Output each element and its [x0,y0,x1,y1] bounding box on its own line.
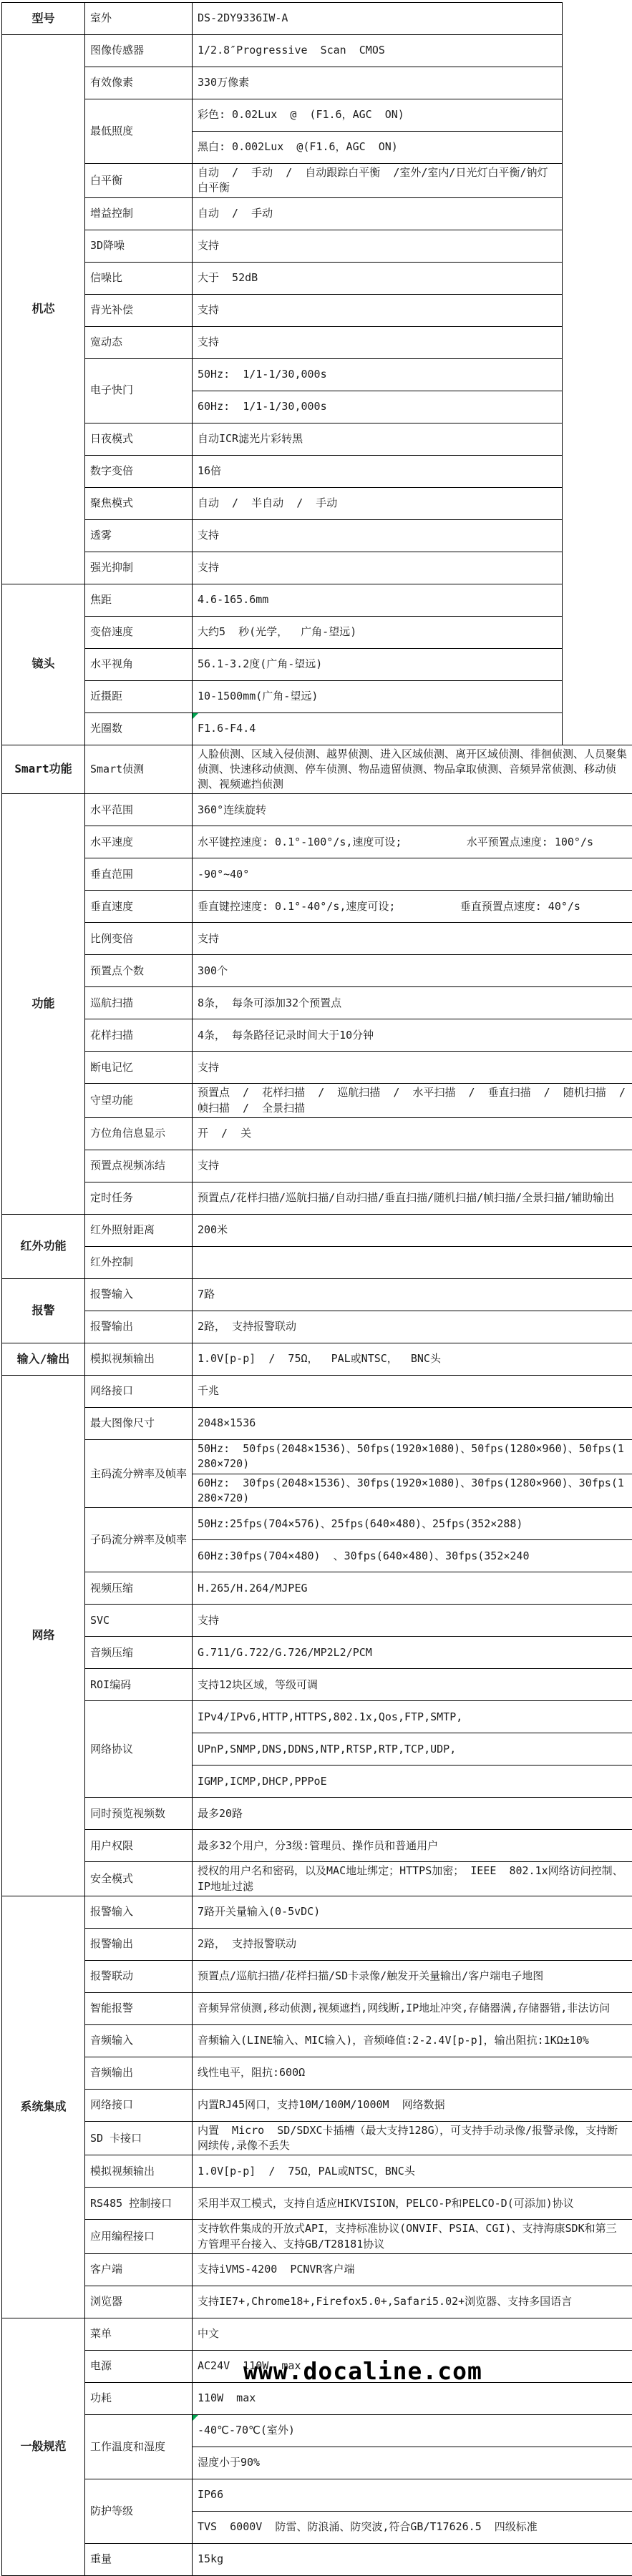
spec-value-cell: 预置点 / 花样扫描 / 巡航扫描 / 水平扫描 / 垂直扫描 / 随机扫描 /… [193,1084,632,1118]
spec-name-cell: SD 卡接口 [85,2121,193,2155]
spec-row: 视频压缩H.265/H.264/MJPEG [2,1572,632,1605]
spec-name-cell: 主码流分辨率及帧率 [85,1440,193,1508]
outside-table-spacer [563,423,632,455]
spec-row: 近摄距10-1500mm(广角-望远) [2,680,632,712]
spec-value-cell: 线性电平，阻抗:600Ω [193,2057,632,2089]
spec-name-cell: 菜单 [85,2318,193,2351]
spec-value-cell: 2路， 支持报警联动 [193,1311,632,1343]
watermark-text: www.docaline.com [243,2357,482,2385]
spec-name-cell: 报警输出 [85,1928,193,1960]
spec-name-cell: 方位角信息显示 [85,1118,193,1150]
spec-name-cell: 功耗 [85,2383,193,2415]
spec-row: 透雾支持 [2,519,632,552]
spec-name-cell: 报警输入 [85,1279,193,1311]
spec-name-cell: 守望功能 [85,1084,193,1118]
spec-value-cell: 2048×1536 [193,1408,632,1440]
spec-name-cell: 图像传感器 [85,35,193,67]
outside-table-spacer [563,487,632,519]
spec-name-cell: 音频压缩 [85,1637,193,1669]
spec-name-cell: 网络接口 [85,2089,193,2121]
spec-value-cell: 自动 / 半自动 / 手动 [193,487,563,519]
spec-row: 同时预览视频数最多20路 [2,1798,632,1830]
spec-value-cell: 4条， 每条路径记录时间大于10分钟 [193,1019,632,1052]
spec-name-cell: 室外 [85,3,193,35]
spec-name-cell: 垂直范围 [85,858,193,891]
category-cell: 一般规范 [2,2318,85,2576]
spec-row: 红外控制 [2,1247,632,1279]
spec-row: 浏览器支持IE7+,Chrome18+,Firefox5.0+,Safari5.… [2,2286,632,2318]
spec-row: 音频输出线性电平，阻抗:600Ω [2,2057,632,2089]
spec-value-cell: 110W max [193,2383,632,2415]
spec-name-cell: 变倍速度 [85,616,193,648]
spec-name-cell: 数字变倍 [85,455,193,487]
spec-value-cell: 7路 [193,1279,632,1311]
spec-name-cell: 信噪比 [85,262,193,294]
outside-table-spacer [563,197,632,230]
spec-row: 智能报警音频异常侦测,移动侦测,视频遮挡,网线断,IP地址冲突,存储器满,存储器… [2,1992,632,2024]
spec-row: 水平速度水平键控速度: 0.1°-100°/s,速度可设; 水平预置点速度: 1… [2,826,632,858]
spec-name-cell: 重量 [85,2544,193,2576]
spec-name-cell: 报警联动 [85,1960,193,1992]
spec-name-cell: 最低照度 [85,99,193,164]
category-cell: 网络 [2,1376,85,1896]
spec-name-cell: 智能报警 [85,1992,193,2024]
spec-row: 输入/输出模拟视频输出1.0V[p-p] / 75Ω， PAL或NTSC， BN… [2,1343,632,1376]
spec-value-cell: 支持12块区域，等级可调 [193,1669,632,1701]
spec-value-cell: 330万像素 [193,67,563,99]
spec-row: 巡航扫描8条， 每条可添加32个预置点 [2,987,632,1019]
outside-table-spacer [563,584,632,616]
spec-row: 电子快门50Hz: 1/1-1/30,000s [2,358,632,391]
spec-name-cell: 垂直速度 [85,891,193,923]
spec-name-cell: 有效像素 [85,67,193,99]
spec-value-cell: 最多20路 [193,1798,632,1830]
spec-value-cell: 大于 52dB [193,262,563,294]
spec-row: SD 卡接口内置 Micro SD/SDXC卡插槽（最大支持128G），可支持手… [2,2121,632,2155]
spec-value-cell: 预置点/花样扫描/巡航扫描/自动扫描/垂直扫描/随机扫描/帧扫描/全景扫描/辅助… [193,1182,632,1215]
spec-value-cell: 支持 [193,294,563,326]
outside-table-spacer [563,294,632,326]
spec-row: 水平视角56.1-3.2度(广角-望远) [2,648,632,680]
spec-value-cell: 360°连续旋转 [193,794,632,826]
spec-row: 日夜模式自动ICR滤光片彩转黑 [2,423,632,455]
category-cell: 报警 [2,1279,85,1343]
spec-value-cell: 8条， 每条可添加32个预置点 [193,987,632,1019]
spec-row: 数字变倍16倍 [2,455,632,487]
spec-name-cell: 强光抑制 [85,552,193,584]
spec-name-cell: ROI编码 [85,1669,193,1701]
spec-value-cell: 4.6-165.6mm [193,584,563,616]
spec-name-cell: 应用编程接口 [85,2220,193,2254]
spec-row: 信噪比大于 52dB [2,262,632,294]
spec-row: 模拟视频输出1.0V[p-p] / 75Ω，PAL或NTSC，BNC头 [2,2155,632,2188]
spec-value-cell: 支持 [193,1605,632,1637]
spec-value-cell: 人脸侦测、区域入侵侦测、越界侦测、进入区域侦测、离开区域侦测、徘徊侦测、人员聚集… [193,745,632,794]
outside-table-spacer [563,3,632,35]
spec-row: 变倍速度大约5 秒(光学， 广角-望远) [2,616,632,648]
outside-table-spacer [563,358,632,391]
category-cell: Smart功能 [2,745,85,794]
spec-row: 网络网络接口千兆 [2,1376,632,1408]
spec-name-cell: 模拟视频输出 [85,2155,193,2188]
spec-value-cell: 最多32个用户，分3级:管理员、操作员和普通用户 [193,1830,632,1862]
spec-value-cell: 黑白: 0.002Lux @(F1.6，AGC ON) [193,132,563,164]
spec-name-cell: 断电记忆 [85,1052,193,1084]
spec-row: 强光抑制支持 [2,552,632,584]
spec-name-cell: 透雾 [85,519,193,552]
spec-value-cell: 15kg [193,2544,632,2576]
spec-name-cell: 比例变倍 [85,923,193,955]
outside-table-spacer [563,519,632,552]
spec-row: 预置点个数300个 [2,955,632,987]
spec-value-cell: 1.0V[p-p] / 75Ω， PAL或NTSC， BNC头 [193,1343,632,1376]
spec-row: 音频压缩G.711/G.722/G.726/MP2L2/PCM [2,1637,632,1669]
spec-name-cell: 巡航扫描 [85,987,193,1019]
spec-row: 功能水平范围360°连续旋转 [2,794,632,826]
spec-value-cell: 16倍 [193,455,563,487]
spec-name-cell: 视频压缩 [85,1572,193,1605]
category-cell: 功能 [2,794,85,1215]
spec-sheet-page: 型号室外DS-2DY9336IW-A机芯图像传感器1/2.8″Progressi… [0,2,632,2576]
spec-name-cell: 音频输入 [85,2024,193,2057]
outside-table-spacer [563,648,632,680]
spec-value-cell: 彩色: 0.02Lux @ (F1.6，AGC ON) [193,99,563,132]
spec-name-cell: 模拟视频输出 [85,1343,193,1376]
spec-name-cell: SVC [85,1605,193,1637]
spec-row: 报警输出2路， 支持报警联动 [2,1311,632,1343]
spec-row: 最低照度彩色: 0.02Lux @ (F1.6，AGC ON) [2,99,632,132]
spec-row: 一般规范菜单中文 [2,2318,632,2351]
spec-value-cell: 音频输入(LINE输入、MIC输入)，音频峰值:2-2.4V[p-p]，输出阻抗… [193,2024,632,2057]
spec-name-cell: Smart侦测 [85,745,193,794]
spec-name-cell: 防护等级 [85,2479,193,2544]
spec-value-cell: 支持 [193,230,563,262]
spec-value-cell: 50Hz: 50fps(2048×1536)、50fps(1920×1080)、… [193,1440,632,1474]
spec-name-cell: 音频输出 [85,2057,193,2089]
spec-name-cell: 电子快门 [85,358,193,423]
spec-name-cell: 白平衡 [85,164,193,198]
spec-value-cell: 2路， 支持报警联动 [193,1928,632,1960]
spec-value-cell: 60Hz:30fps(704×480) 、30fps(640×480)、30fp… [193,1540,632,1572]
spec-row: 报警联动预置点/巡航扫描/花样扫描/SD卡录像/触发开关量输出/客户端电子地图 [2,1960,632,1992]
spec-value-cell: F1.6-F4.4 [193,712,563,745]
spec-name-cell: 同时预览视频数 [85,1798,193,1830]
spec-value-cell: -40℃-70℃(室外) [193,2415,632,2447]
spec-row: 聚焦模式自动 / 半自动 / 手动 [2,487,632,519]
spec-value-cell: 支持 [193,923,632,955]
spec-row: 光圈数F1.6-F4.4 [2,712,632,745]
spec-name-cell: 预置点个数 [85,955,193,987]
spec-row: 子码流分辨率及帧率50Hz:25fps(704×576)、25fps(640×4… [2,1508,632,1540]
outside-table-spacer [563,455,632,487]
spec-row: Smart功能Smart侦测人脸侦测、区域入侵侦测、越界侦测、进入区域侦测、离开… [2,745,632,794]
category-cell: 型号 [2,3,85,35]
spec-name-cell: 水平范围 [85,794,193,826]
spec-row: 背光补偿支持 [2,294,632,326]
spec-row: 安全模式授权的用户名和密码，以及MAC地址绑定；HTTPS加密； IEEE 80… [2,1862,632,1896]
outside-table-spacer [563,35,632,67]
spec-row: 定时任务预置点/花样扫描/巡航扫描/自动扫描/垂直扫描/随机扫描/帧扫描/全景扫… [2,1182,632,1215]
spec-value-cell: TVS 6000V 防雷、防浪涌、防突波,符合GB/T17626.5 四级标准 [193,2512,632,2544]
spec-name-cell: 子码流分辨率及帧率 [85,1508,193,1572]
spec-row: 预置点视频冻结支持 [2,1150,632,1182]
spec-value-cell: 预置点/巡航扫描/花样扫描/SD卡录像/触发开关量输出/客户端电子地图 [193,1960,632,1992]
spec-row: 垂直速度垂直键控速度: 0.1°-40°/s,速度可设; 垂直预置点速度: 40… [2,891,632,923]
spec-row: 机芯图像传感器1/2.8″Progressive Scan CMOS [2,35,632,67]
spec-name-cell: 网络协议 [85,1701,193,1798]
outside-table-spacer [563,262,632,294]
spec-value-cell: 60Hz: 30fps(2048×1536)、30fps(1920×1080)、… [193,1474,632,1508]
camera-spec-table: 型号室外DS-2DY9336IW-A机芯图像传感器1/2.8″Progressi… [1,2,632,2576]
spec-name-cell: 焦距 [85,584,193,616]
spec-row: 镜头焦距4.6-165.6mm [2,584,632,616]
spec-name-cell: 客户端 [85,2254,193,2286]
spec-row: 应用编程接口支持软件集成的开放式API，支持标准协议(ONVIF、PSIA、CG… [2,2220,632,2254]
spec-row: 宽动态支持 [2,326,632,358]
spec-value-cell: 支持软件集成的开放式API，支持标准协议(ONVIF、PSIA、CGI)、支持海… [193,2220,632,2254]
spec-value-cell: 7路开关量输入(0-5vDC) [193,1896,632,1928]
category-cell: 镜头 [2,584,85,745]
spec-value-cell: 水平键控速度: 0.1°-100°/s,速度可设; 水平预置点速度: 100°/… [193,826,632,858]
spec-name-cell: 水平速度 [85,826,193,858]
spec-value-cell: 50Hz:25fps(704×576)、25fps(640×480)、25fps… [193,1508,632,1540]
spec-value-cell: IPv4/IPv6,HTTP,HTTPS,802.1x,Qos,FTP,SMTP… [193,1701,632,1733]
spec-name-cell: 网络接口 [85,1376,193,1408]
spec-row: RS485 控制接口采用半双工模式，支持自适应HIKVISION，PELCO-P… [2,2188,632,2220]
spec-name-cell: 光圈数 [85,712,193,745]
spec-value-cell: 内置RJ45网口，支持10M/100M/1000M 网络数据 [193,2089,632,2121]
spec-row: 用户权限最多32个用户，分3级:管理员、操作员和普通用户 [2,1830,632,1862]
spec-name-cell: 近摄距 [85,680,193,712]
spec-row: 型号室外DS-2DY9336IW-A [2,3,632,35]
spec-name-cell: 报警输出 [85,1311,193,1343]
outside-table-spacer [563,712,632,745]
spec-name-cell: RS485 控制接口 [85,2188,193,2220]
category-cell: 系统集成 [2,1896,85,2318]
spec-row: 红外功能红外照射距离200米 [2,1215,632,1247]
spec-row: 网络协议IPv4/IPv6,HTTP,HTTPS,802.1x,Qos,FTP,… [2,1701,632,1733]
spec-name-cell: 增益控制 [85,197,193,230]
outside-table-spacer [563,132,632,164]
outside-table-spacer [563,680,632,712]
spec-row: 报警报警输入7路 [2,1279,632,1311]
spec-row: SVC支持 [2,1605,632,1637]
spec-value-cell: 56.1-3.2度(广角-望远) [193,648,563,680]
spec-name-cell: 预置点视频冻结 [85,1150,193,1182]
spec-value-cell: 支持 [193,552,563,584]
spec-name-cell: 红外照射距离 [85,1215,193,1247]
spec-name-cell: 背光补偿 [85,294,193,326]
spec-name-cell: 定时任务 [85,1182,193,1215]
category-cell: 输入/输出 [2,1343,85,1376]
spec-value-cell: 授权的用户名和密码，以及MAC地址绑定；HTTPS加密； IEEE 802.1x… [193,1862,632,1896]
spec-value-cell: 支持 [193,1052,632,1084]
spec-row: 最大图像尺寸2048×1536 [2,1408,632,1440]
outside-table-spacer [563,67,632,99]
spec-row: 防护等级IP66 [2,2479,632,2512]
spec-value-cell: IP66 [193,2479,632,2512]
outside-table-spacer [563,99,632,132]
spec-value-cell: 300个 [193,955,632,987]
spec-value-cell: UPnP,SNMP,DNS,DDNS,NTP,RTSP,RTP,TCP,UDP, [193,1733,632,1766]
category-cell: 机芯 [2,35,85,584]
spec-name-cell: 日夜模式 [85,423,193,455]
outside-table-spacer [563,230,632,262]
spec-value-cell: 1.0V[p-p] / 75Ω，PAL或NTSC，BNC头 [193,2155,632,2188]
spec-name-cell: 红外控制 [85,1247,193,1279]
spec-row: 3D降噪支持 [2,230,632,262]
spec-row: 有效像素330万像素 [2,67,632,99]
spec-name-cell: 安全模式 [85,1862,193,1896]
spec-value-cell: 采用半双工模式，支持自适应HIKVISION，PELCO-P和PELCO-D(可… [193,2188,632,2220]
spec-value-cell: 支持 [193,1150,632,1182]
spec-row: 系统集成报警输入7路开关量输入(0-5vDC) [2,1896,632,1928]
spec-value-cell: 千兆 [193,1376,632,1408]
spec-value-cell: 开 / 关 [193,1118,632,1150]
spec-value-cell: 自动 / 手动 [193,197,563,230]
spec-name-cell: 花样扫描 [85,1019,193,1052]
spec-row: 主码流分辨率及帧率50Hz: 50fps(2048×1536)、50fps(19… [2,1440,632,1474]
spec-name-cell: 工作温度和湿度 [85,2415,193,2479]
spec-value-cell: 中文 [193,2318,632,2351]
spec-row: 花样扫描4条， 每条路径记录时间大于10分钟 [2,1019,632,1052]
outside-table-spacer [563,391,632,423]
spec-value-cell: 10-1500mm(广角-望远) [193,680,563,712]
spec-value-cell: -90°~40° [193,858,632,891]
spec-name-cell: 3D降噪 [85,230,193,262]
outside-table-spacer [563,164,632,198]
spec-value-cell: 支持iVMS-4200 PCNVR客户端 [193,2254,632,2286]
spec-name-cell: 宽动态 [85,326,193,358]
spec-value-cell: 200米 [193,1215,632,1247]
spec-row: 功耗110W max [2,2383,632,2415]
spec-row: 增益控制自动 / 手动 [2,197,632,230]
category-cell: 红外功能 [2,1215,85,1279]
spec-value-cell: 自动ICR滤光片彩转黑 [193,423,563,455]
spec-name-cell: 报警输入 [85,1896,193,1928]
outside-table-spacer [563,616,632,648]
spec-row: 比例变倍支持 [2,923,632,955]
spec-name-cell: 电源 [85,2351,193,2383]
spec-name-cell: 用户权限 [85,1830,193,1862]
spec-value-cell: 湿度小于90% [193,2447,632,2479]
spec-value-cell: 支持 [193,519,563,552]
spec-value-cell: 音频异常侦测,移动侦测,视频遮挡,网线断,IP地址冲突,存储器满,存储器错,非法… [193,1992,632,2024]
spec-value-cell: IGMP,ICMP,DHCP,PPPoE [193,1766,632,1798]
spec-row: ROI编码支持12块区域，等级可调 [2,1669,632,1701]
spec-row: 客户端支持iVMS-4200 PCNVR客户端 [2,2254,632,2286]
spec-value-cell: 垂直键控速度: 0.1°-40°/s,速度可设; 垂直预置点速度: 40°/s [193,891,632,923]
spec-row: 断电记忆支持 [2,1052,632,1084]
spec-name-cell: 水平视角 [85,648,193,680]
spec-table-body: 型号室外DS-2DY9336IW-A机芯图像传感器1/2.8″Progressi… [2,3,632,2576]
spec-value-cell: G.711/G.722/G.726/MP2L2/PCM [193,1637,632,1669]
spec-value-cell: 60Hz: 1/1-1/30,000s [193,391,563,423]
outside-table-spacer [563,552,632,584]
spec-name-cell: 浏览器 [85,2286,193,2318]
spec-value-cell: 自动 / 手动 / 自动跟踪白平衡 /室外/室内/日光灯白平衡/钠灯白平衡 [193,164,563,198]
spec-value-cell: H.265/H.264/MJPEG [193,1572,632,1605]
spec-value-cell: 1/2.8″Progressive Scan CMOS [193,35,563,67]
spec-row: 白平衡自动 / 手动 / 自动跟踪白平衡 /室外/室内/日光灯白平衡/钠灯白平衡 [2,164,632,198]
spec-value-cell: 大约5 秒(光学， 广角-望远) [193,616,563,648]
spec-name-cell: 聚焦模式 [85,487,193,519]
spec-value-cell: 50Hz: 1/1-1/30,000s [193,358,563,391]
spec-row: 音频输入音频输入(LINE输入、MIC输入)，音频峰值:2-2.4V[p-p]，… [2,2024,632,2057]
outside-table-spacer [563,326,632,358]
spec-value-cell: DS-2DY9336IW-A [193,3,563,35]
spec-row: 守望功能预置点 / 花样扫描 / 巡航扫描 / 水平扫描 / 垂直扫描 / 随机… [2,1084,632,1118]
spec-row: 重量15kg [2,2544,632,2576]
spec-row: 工作温度和湿度-40℃-70℃(室外) [2,2415,632,2447]
spec-value-cell: 内置 Micro SD/SDXC卡插槽（最大支持128G），可支持手动录像/报警… [193,2121,632,2155]
spec-row: 垂直范围-90°~40° [2,858,632,891]
spec-name-cell: 最大图像尺寸 [85,1408,193,1440]
spec-value-cell: 支持IE7+,Chrome18+,Firefox5.0+,Safari5.02+… [193,2286,632,2318]
spec-value-cell: 支持 [193,326,563,358]
spec-value-cell [193,1247,632,1279]
spec-row: 方位角信息显示开 / 关 [2,1118,632,1150]
spec-row: 网络接口内置RJ45网口，支持10M/100M/1000M 网络数据 [2,2089,632,2121]
spec-row: 报警输出2路， 支持报警联动 [2,1928,632,1960]
